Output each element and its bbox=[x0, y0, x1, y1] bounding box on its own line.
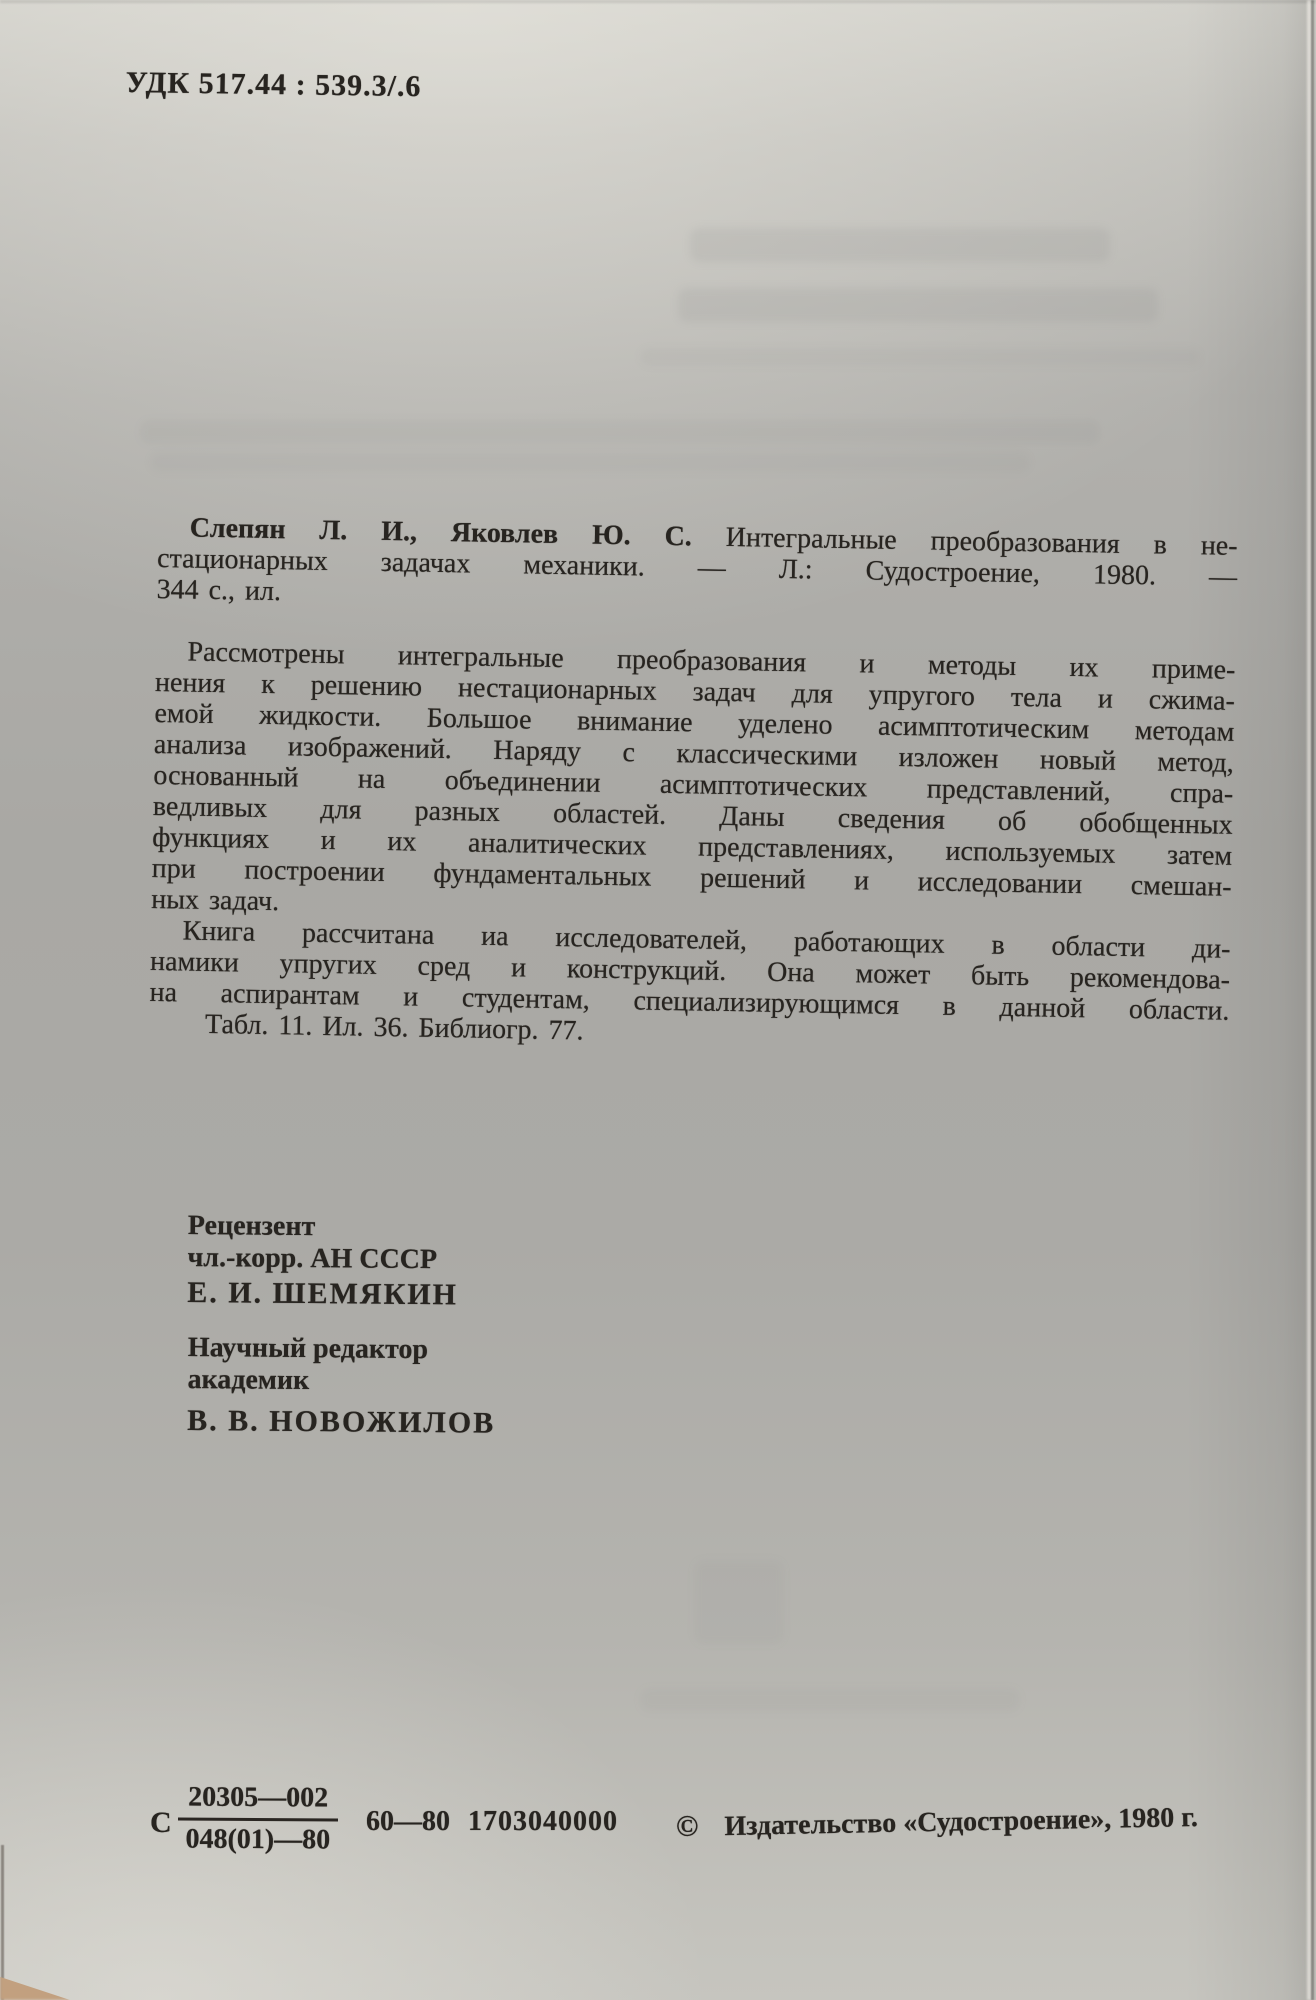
copyright-line: ©Издательство «Судостроение», 1980 г. bbox=[676, 1800, 1198, 1844]
series-letter: С bbox=[150, 1806, 172, 1840]
copyright-icon: © bbox=[676, 1810, 699, 1843]
scanned-book-page: УДК 517.44 : 539.3/.6 Слепян Л. И., Яков… bbox=[0, 0, 1316, 2000]
code-numerator: 20305—002 bbox=[178, 1781, 338, 1821]
code-denominator: 048(01)—80 bbox=[178, 1820, 338, 1856]
order-number: 1703040000 bbox=[468, 1806, 618, 1838]
publisher-text: Издательство «Судостроение», 1980 г. bbox=[724, 1802, 1198, 1842]
imprint-row: С 20305—002 048(01)—80 60—80 1703040000 … bbox=[0, 0, 1316, 2000]
publication-code-fraction: 20305—002 048(01)—80 bbox=[178, 1781, 339, 1856]
code-suffix: 60—80 bbox=[366, 1806, 450, 1838]
